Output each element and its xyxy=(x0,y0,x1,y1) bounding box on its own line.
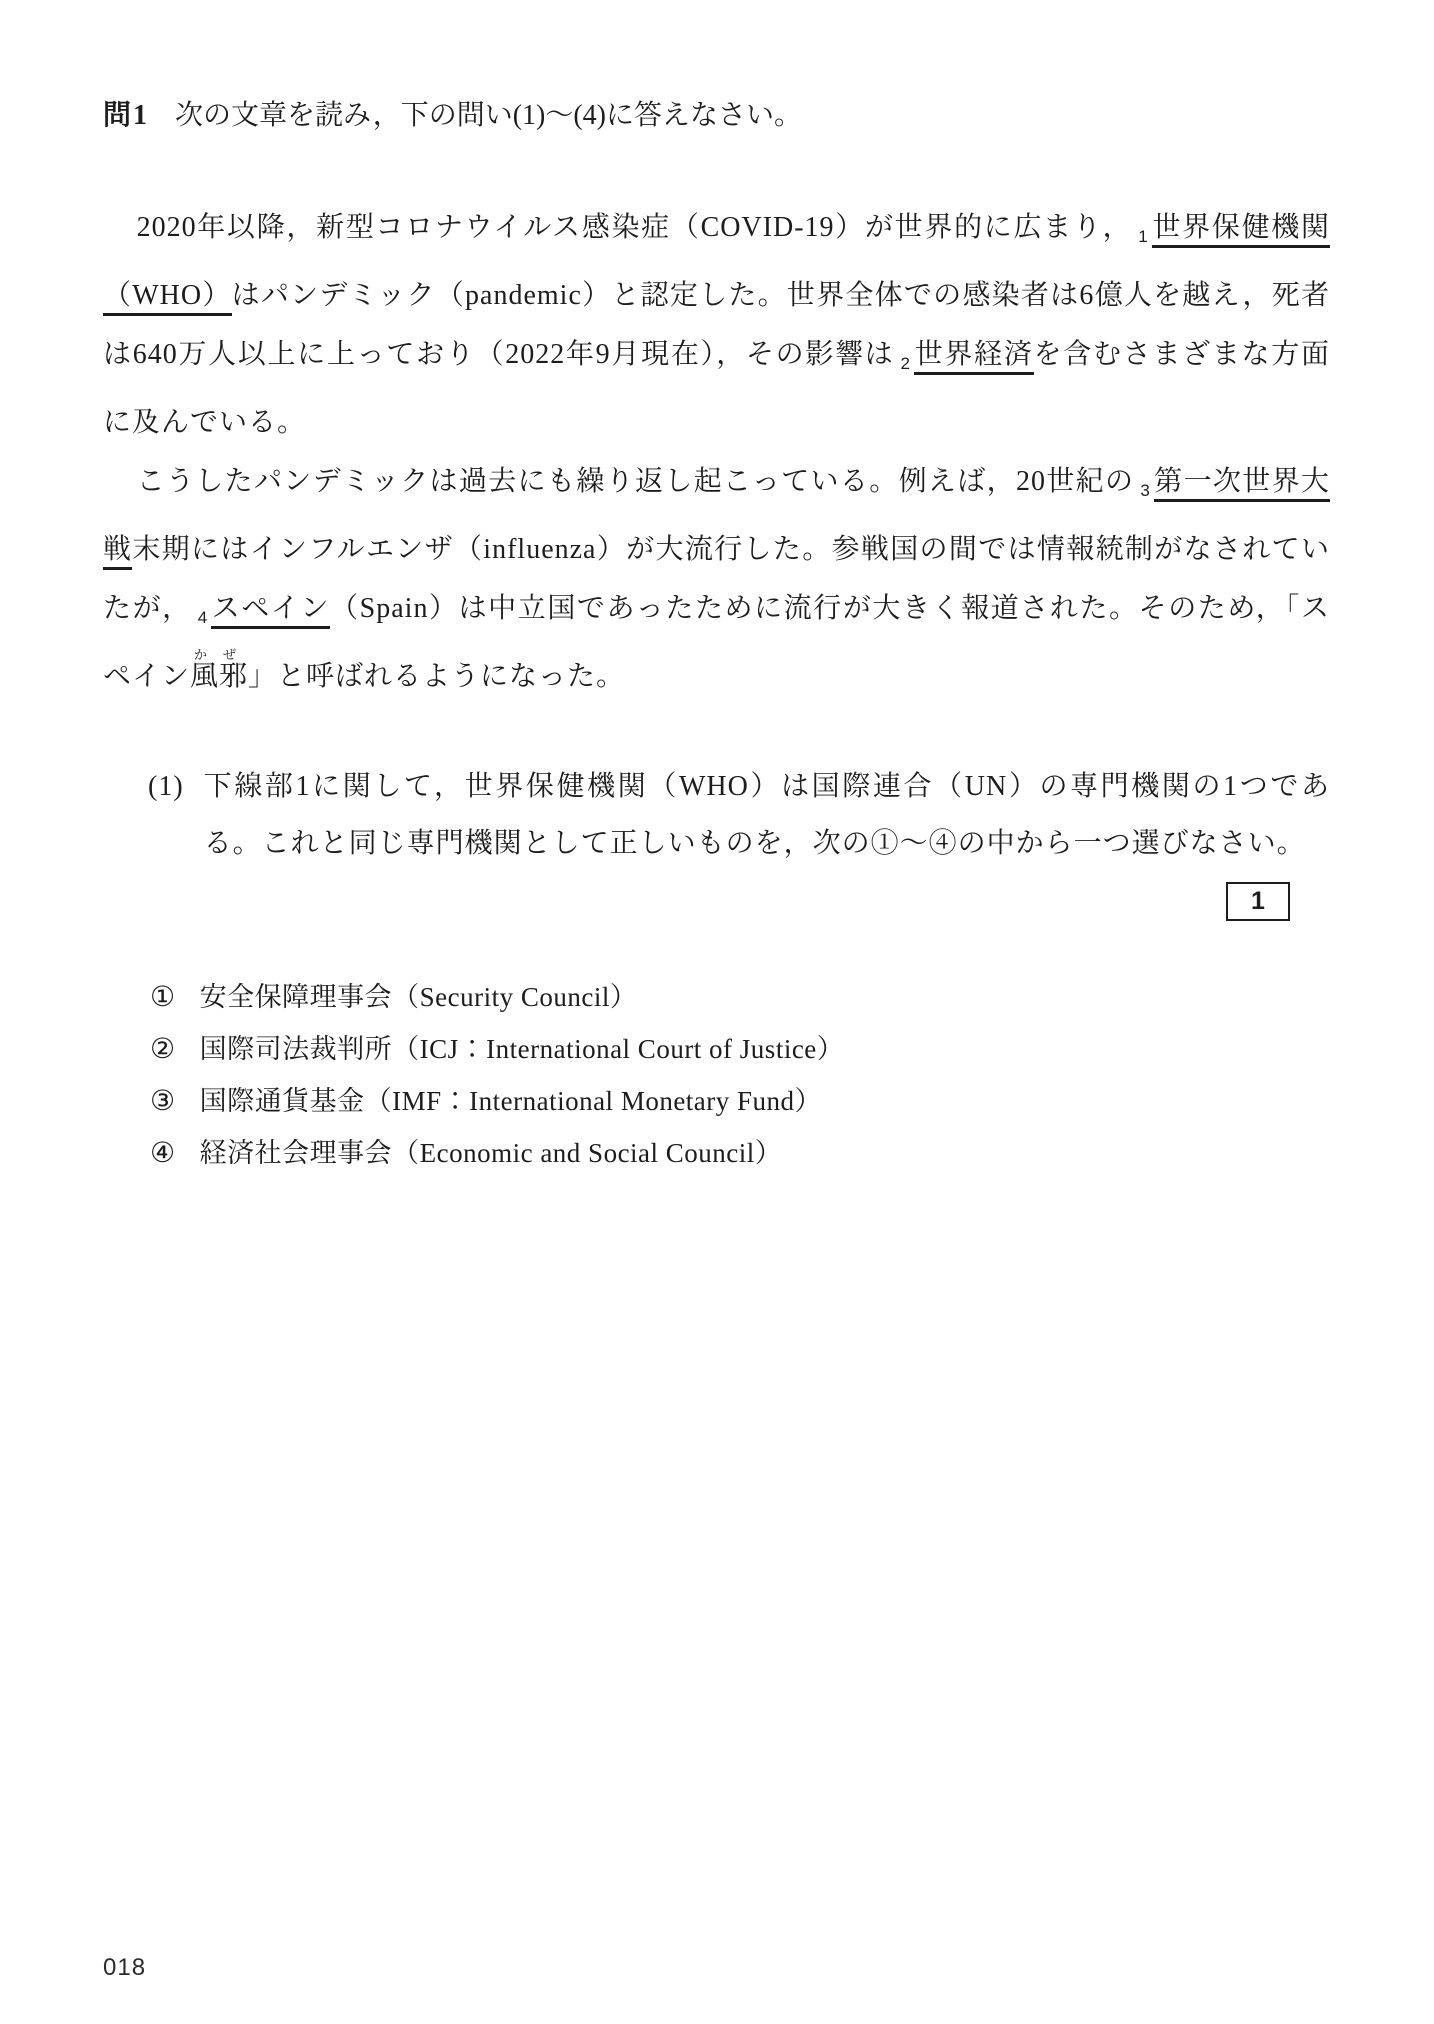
question-number-label: 問1 xyxy=(103,100,149,131)
passage-paragraph-1: 2020年以降，新型コロナウイルス感染症（COVID-19）が世界的に広まり，1… xyxy=(103,198,1330,452)
sub-question-number: (1) xyxy=(148,758,184,872)
underline-ref-number-2: 2 xyxy=(895,354,914,373)
option-1-marker: ① xyxy=(150,981,176,1014)
option-3-text: 国際通貨基金（IMF：International Monetary Fund） xyxy=(200,1085,822,1118)
passage-text: 」と呼ばれるようになった。 xyxy=(248,661,625,692)
underlined-term-world-economy: 世界経済 xyxy=(914,339,1034,375)
option-4-text: 経済社会理事会（Economic and Social Council） xyxy=(200,1137,783,1170)
option-2: ② 国際司法裁判所（ICJ：International Court of Jus… xyxy=(150,1033,1330,1066)
answer-box-row: 1 xyxy=(103,882,1330,921)
underline-ref-number-4: 4 xyxy=(192,608,211,627)
option-3-marker: ③ xyxy=(150,1085,176,1118)
passage-text: 2020年以降，新型コロナウイルス感染症（COVID-19）が世界的に広まり， xyxy=(137,212,1133,243)
option-1: ① 安全保障理事会（Security Council） xyxy=(150,981,1330,1014)
underline-ref-number-1: 1 xyxy=(1132,227,1151,246)
question-header: 問1次の文章を読み，下の問い(1)～(4)に答えなさい。 xyxy=(103,96,1330,136)
answer-box-number: 1 xyxy=(1251,887,1265,916)
passage: 2020年以降，新型コロナウイルス感染症（COVID-19）が世界的に広まり，1… xyxy=(103,198,1330,706)
underline-ref-number-3: 3 xyxy=(1134,481,1153,500)
option-4: ④ 経済社会理事会（Economic and Social Council） xyxy=(150,1137,1330,1170)
option-3: ③ 国際通貨基金（IMF：International Monetary Fund… xyxy=(150,1085,1330,1118)
option-2-marker: ② xyxy=(150,1033,176,1066)
ruby-base-kanji: 風邪 xyxy=(190,661,248,692)
sub-question-text: 下線部1に関して，世界保健機関（WHO）は国際連合（UN）の専門機関の1つである… xyxy=(204,758,1330,872)
exam-document-page: 問1次の文章を読み，下の問い(1)～(4)に答えなさい。 2020年以降，新型コ… xyxy=(0,0,1434,2024)
answer-box: 1 xyxy=(1226,882,1290,921)
ruby-furigana: かぜ xyxy=(190,647,248,662)
option-4-marker: ④ xyxy=(150,1137,176,1170)
passage-text: こうしたパンデミックは過去にも繰り返し起こっている。例えば，20世紀の xyxy=(137,466,1135,497)
option-1-text: 安全保障理事会（Security Council） xyxy=(200,981,638,1014)
options-list: ① 安全保障理事会（Security Council） ② 国際司法裁判所（IC… xyxy=(150,981,1330,1170)
sub-question-1: (1) 下線部1に関して，世界保健機関（WHO）は国際連合（UN）の専門機関の1… xyxy=(148,758,1330,872)
underlined-term-spain: スペイン xyxy=(211,593,330,629)
page-number: 018 xyxy=(103,1954,146,1982)
spanish-flu-ruby: 風邪かぜ xyxy=(190,661,248,692)
question-header-text: 次の文章を読み，下の問い(1)～(4)に答えなさい。 xyxy=(175,100,802,131)
option-2-text: 国際司法裁判所（ICJ：International Court of Justi… xyxy=(200,1033,845,1066)
passage-paragraph-2: こうしたパンデミックは過去にも繰り返し起こっている。例えば，20世紀の3第一次世… xyxy=(103,452,1330,706)
